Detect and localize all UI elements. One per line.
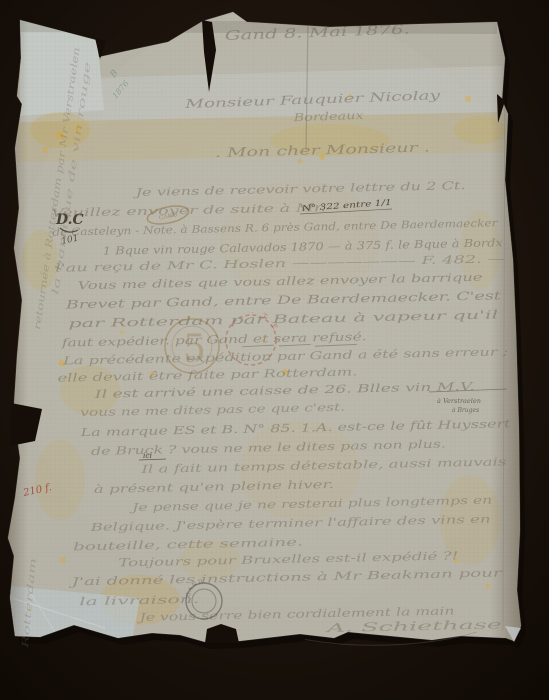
city-line: Bordeaux — [292, 109, 365, 125]
pencil-margin-note: à Verstraelen — [437, 397, 481, 405]
brown-stamp-numeral: 5 — [183, 328, 206, 369]
ici-annotation: ici — [143, 451, 153, 460]
photo-of-letter: Gand 8. Mai 1876. Monsieur Fauquier Nico… — [0, 0, 549, 700]
letter-photo-canvas: Gand 8. Mai 1876. Monsieur Fauquier Nico… — [0, 0, 549, 700]
pencil-margin-note: à Bruges — [452, 407, 479, 414]
handwriting-line: la livraison. — [79, 593, 199, 609]
